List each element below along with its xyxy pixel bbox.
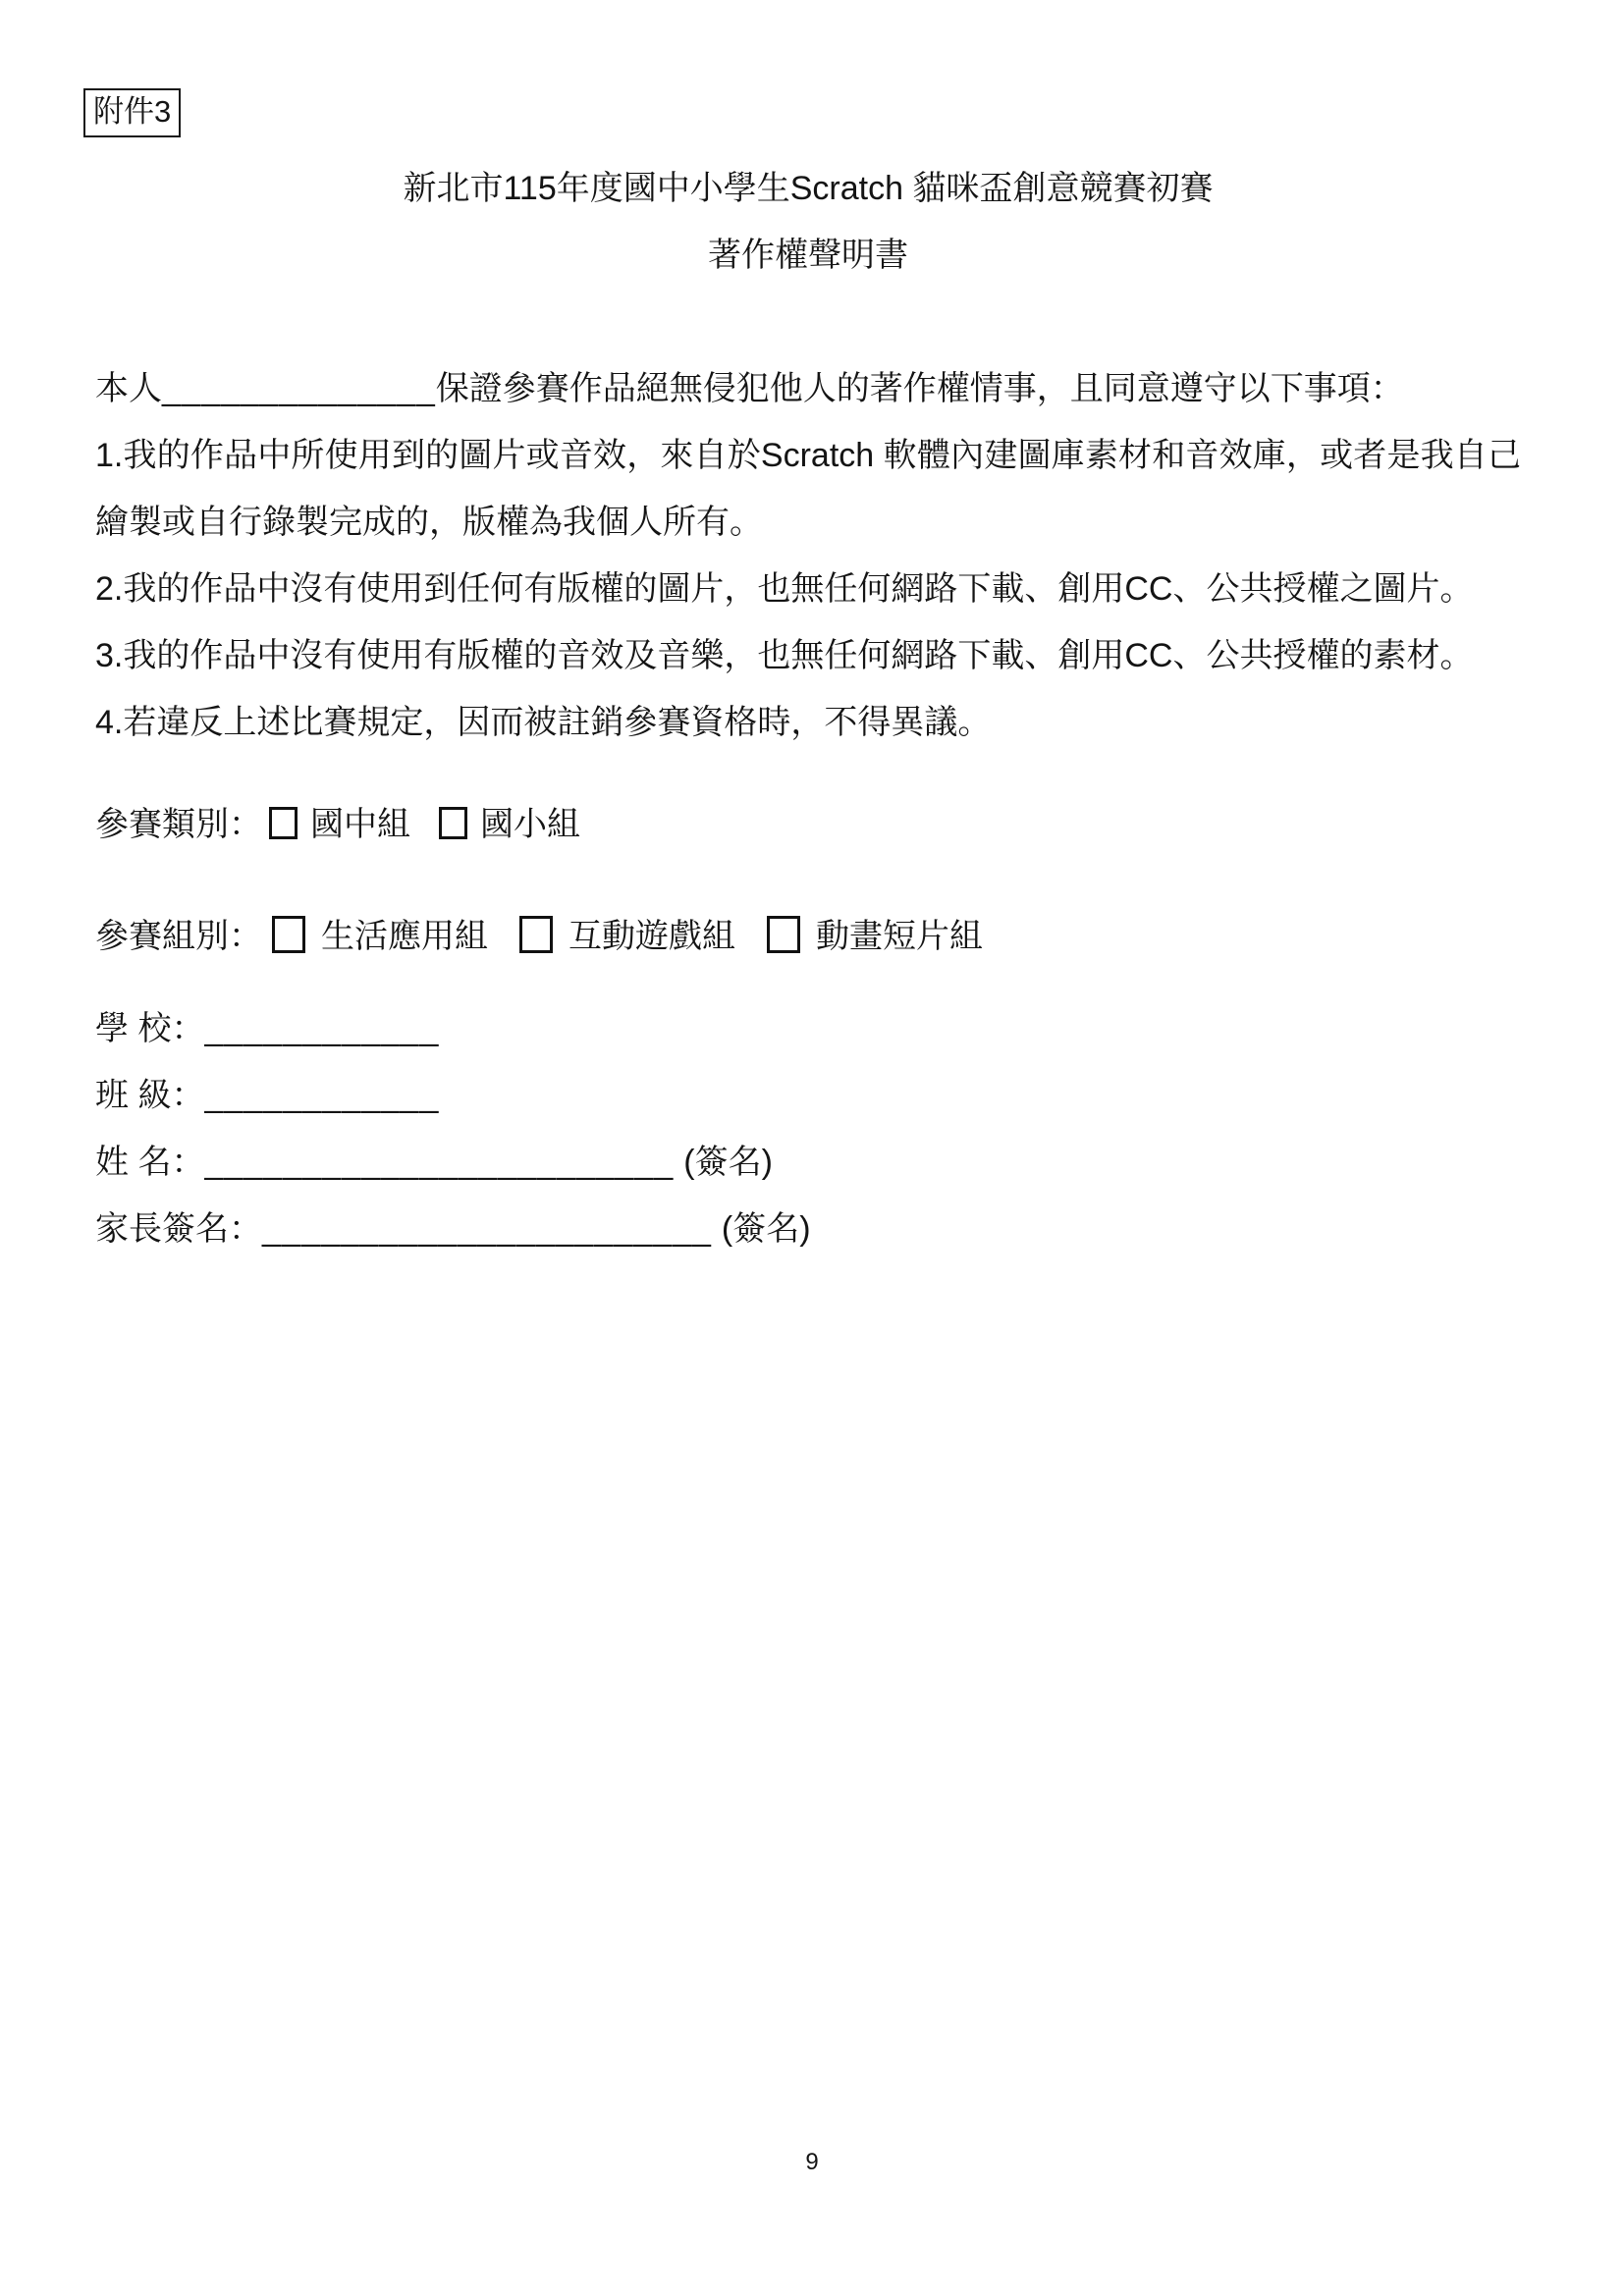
document-title: 新北市115年度國中小學生Scratch 貓咪盃創意競賽初賽	[95, 155, 1521, 222]
category-option-elementary: 國小組	[480, 806, 580, 843]
class-blank: ____________	[204, 1077, 439, 1114]
group-option-life-application: 生活應用組	[321, 918, 488, 955]
intro-suffix: 保證參賽作品絕無侵犯他人的著作權情事，且同意遵守以下事項：	[436, 370, 1404, 407]
parent-sign-suffix: (簽名)	[722, 1210, 811, 1248]
intro-paragraph: 本人______________保證參賽作品絕無侵犯他人的著作權情事，且同意遵守…	[95, 355, 1521, 422]
attachment-label: 附件3	[83, 88, 181, 137]
document-content: 新北市115年度國中小學生Scratch 貓咪盃創意競賽初賽 著作權聲明書 本人…	[95, 155, 1521, 1262]
category-label: 參賽類別：	[95, 806, 262, 843]
class-field-row: 班 級：____________	[95, 1062, 1521, 1129]
group-row: 參賽組別：生活應用組互動遊戲組動畫短片組	[95, 903, 1521, 970]
checkbox-interactive-game[interactable]	[519, 916, 553, 953]
parent-blank: _______________________	[262, 1210, 712, 1248]
school-field-row: 學 校：____________	[95, 995, 1521, 1062]
category-option-junior-high: 國中組	[310, 806, 410, 843]
term-item-4: 4.若違反上述比賽規定，因而被註銷參賽資格時，不得異議。	[95, 689, 1521, 756]
term-item-1: 1.我的作品中所使用到的圖片或音效，來自於Scratch 軟體內建圖庫素材和音效…	[95, 422, 1521, 556]
parent-label: 家長簽名：	[95, 1210, 262, 1248]
document-page: 附件3 新北市115年度國中小學生Scratch 貓咪盃創意競賽初賽 著作權聲明…	[0, 0, 1624, 2296]
class-label: 班 級：	[95, 1077, 204, 1114]
name-field-row: 姓 名：________________________(簽名)	[95, 1129, 1521, 1196]
checkbox-life-application[interactable]	[272, 916, 305, 953]
document-subtitle: 著作權聲明書	[95, 222, 1521, 289]
term-item-2: 2.我的作品中沒有使用到任何有版權的圖片，也無任何網路下載、創用CC、公共授權之…	[95, 556, 1521, 622]
name-sign-suffix: (簽名)	[683, 1144, 773, 1181]
parent-field-row: 家長簽名：_______________________(簽名)	[95, 1196, 1521, 1262]
declarant-name-blank: ______________	[162, 370, 436, 407]
name-label: 姓 名：	[95, 1144, 204, 1181]
checkbox-elementary[interactable]	[439, 807, 467, 839]
intro-prefix: 本人	[95, 370, 162, 407]
group-option-animation-short: 動畫短片組	[816, 918, 983, 955]
group-option-interactive-game: 互動遊戲組	[568, 918, 735, 955]
group-label: 參賽組別：	[95, 918, 262, 955]
term-item-3: 3.我的作品中沒有使用有版權的音效及音樂，也無任何網路下載、創用CC、公共授權的…	[95, 622, 1521, 689]
checkbox-animation-short[interactable]	[767, 916, 800, 953]
category-row: 參賽類別：國中組國小組	[95, 791, 1521, 858]
name-blank: ________________________	[204, 1144, 674, 1181]
page-number: 9	[0, 2148, 1624, 2177]
checkbox-junior-high[interactable]	[269, 807, 298, 839]
school-blank: ____________	[204, 1010, 439, 1047]
school-label: 學 校：	[95, 1010, 204, 1047]
